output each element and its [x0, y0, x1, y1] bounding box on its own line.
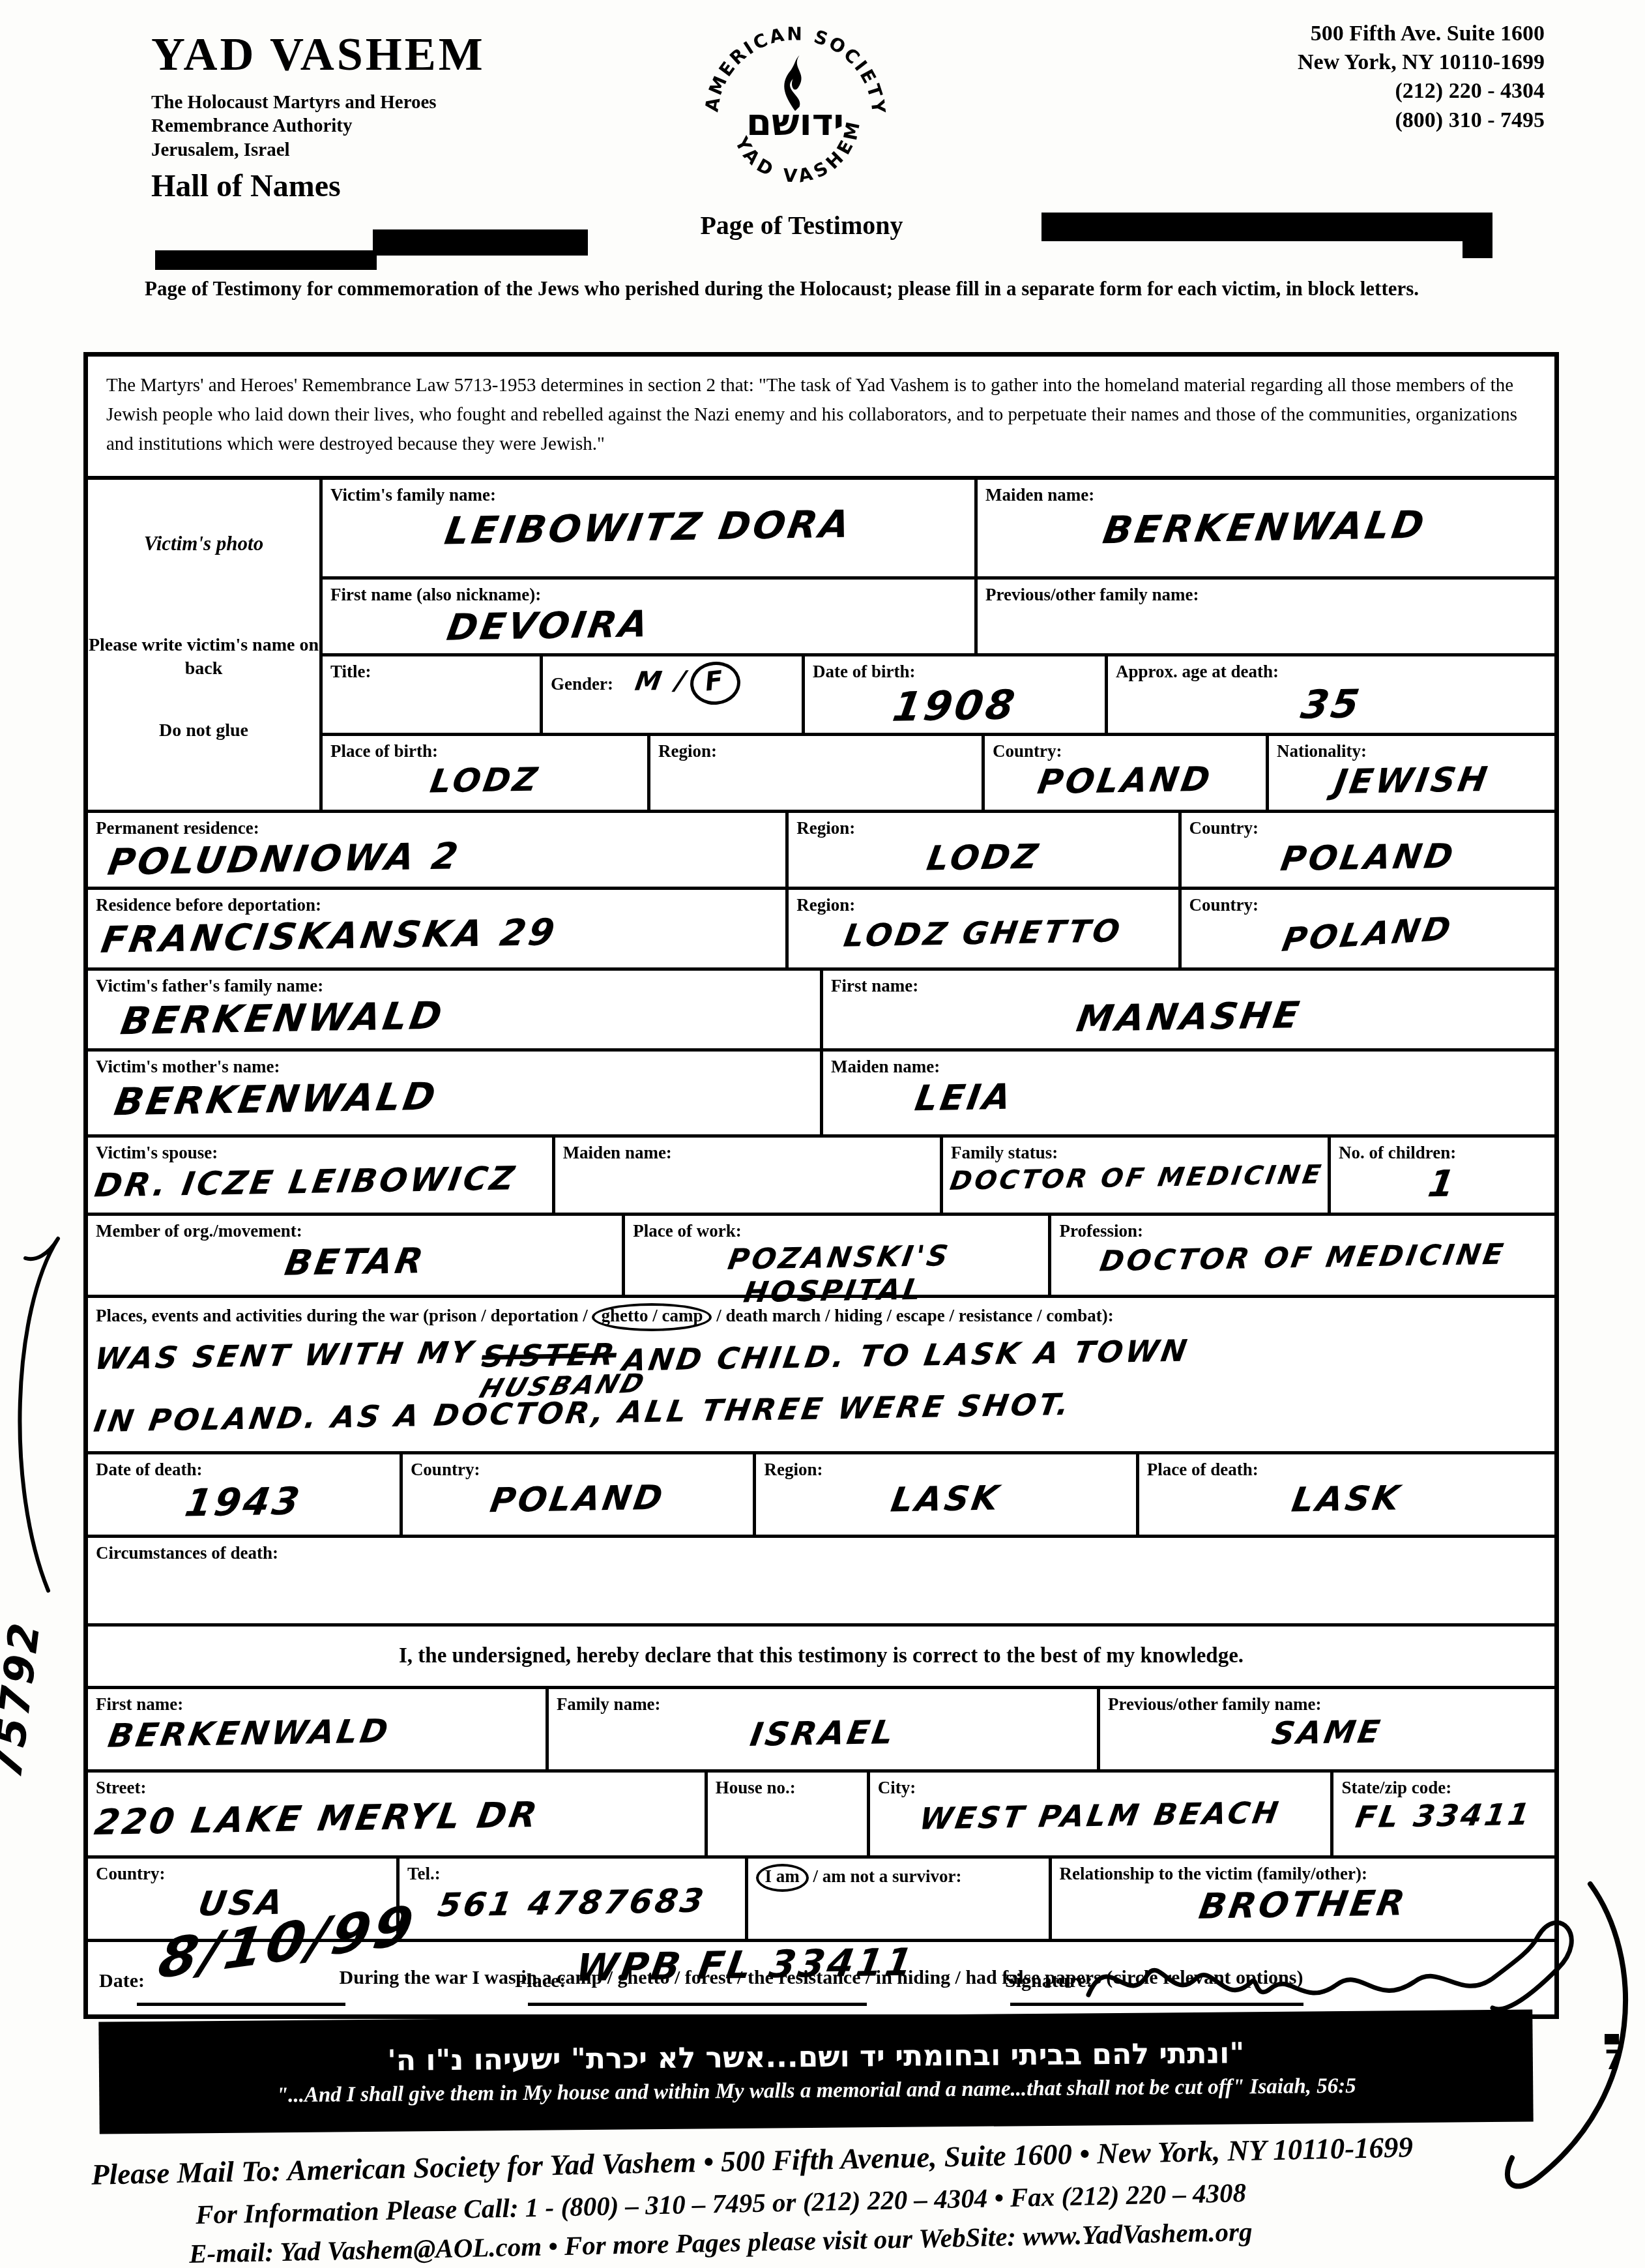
field-place-of-work: Place of work: POZANSKI'S HOSPITAL — [622, 1216, 1048, 1295]
page-marker-square — [1605, 2034, 1619, 2044]
children-count-label: No. of children: — [1339, 1143, 1456, 1162]
age-at-death-label: Approx. age at death: — [1116, 662, 1279, 681]
relationship-label: Relationship to the victim (family/other… — [1060, 1864, 1367, 1883]
page-marker: 7 — [1605, 2034, 1623, 2076]
field-mother-maiden-name: Maiden name: LEIA — [820, 1052, 1554, 1134]
field-victim-maiden-name: Maiden name: BERKENWALD — [974, 480, 1552, 576]
family-status-value: DOCTOR OF MEDICINE — [948, 1160, 1326, 1196]
city-label: City: — [878, 1778, 916, 1797]
remembrance-law-text: The Martyrs' and Heroes' Remembrance Law… — [88, 357, 1554, 480]
war-places-circled-options: ghetto / camp — [592, 1303, 712, 1331]
victim-maiden-name-value: BERKENWALD — [1100, 503, 1430, 553]
title-label: Title: — [330, 662, 371, 681]
mother-maiden-name-label: Maiden name: — [831, 1057, 940, 1076]
address-phone2: (800) 310 - 7495 — [1180, 106, 1545, 135]
permanent-residence-label: Permanent residence: — [96, 818, 259, 838]
dep-country-value: POLAND — [1279, 909, 1456, 959]
date-of-birth-value: 1908 — [890, 681, 1021, 730]
banner-english-quote: "...And I shall give them in My house an… — [99, 2072, 1533, 2109]
place-of-death-label: Place of death: — [1147, 1460, 1259, 1479]
nationality-label: Nationality: — [1277, 741, 1367, 761]
field-war-places-events: Places, events and activities during the… — [88, 1298, 1554, 1451]
field-date-of-death: Date of death: 1943 — [88, 1454, 400, 1535]
state-zip-value: FL 33411 — [1354, 1796, 1535, 1834]
field-date-of-birth: Date of birth: 1908 — [802, 656, 1105, 733]
margin-file-number: 75792 — [0, 1618, 50, 1781]
perm-country-value: POLAND — [1277, 836, 1458, 879]
field-tel: Tel.: 561 4787683 — [396, 1859, 745, 1939]
residence-before-deportation-label: Residence before deportation: — [96, 895, 321, 915]
field-nationality: Nationality: JEWISH — [1266, 736, 1554, 810]
date-underline — [137, 2003, 345, 2006]
age-at-death-value: 35 — [1298, 681, 1365, 728]
submitter-family-name-value: ISRAEL — [748, 1713, 899, 1754]
father-family-name-label: Victim's father's family name: — [96, 976, 323, 995]
place-of-birth-label: Place of birth: — [330, 741, 438, 761]
field-permanent-residence: Permanent residence: POLUDNIOWA 2 — [88, 813, 785, 887]
margin-pen-stroke — [0, 1226, 74, 1617]
place-value-text: WPB FL 33411 — [573, 1939, 918, 1990]
mother-name-label: Victim's mother's name: — [96, 1057, 280, 1076]
father-first-name-value: MANASHE — [1073, 994, 1304, 1040]
field-birth-country: Country: POLAND — [982, 736, 1266, 810]
org-name: YAD VASHEM — [151, 27, 555, 81]
place-value: WPB FL 33411 — [577, 1943, 914, 1987]
redaction-bar-left-high — [373, 229, 588, 256]
family-status-label: Family status: — [951, 1143, 1058, 1162]
org-subtitle: The Holocaust Martyrs and Heroes Remembr… — [151, 91, 555, 162]
place-of-death-value: LASK — [1289, 1479, 1405, 1520]
date-of-death-value: 1943 — [182, 1479, 306, 1525]
field-gender: Gender: M / F — [540, 656, 802, 733]
org-movement-value: BETAR — [282, 1240, 428, 1284]
war-narrative-line1-end: AND CHILD. TO LASK A TOWN — [620, 1333, 1191, 1377]
father-family-name-value: BERKENWALD — [118, 994, 448, 1044]
war-places-label-end: / death march / hiding / escape / resist… — [716, 1306, 1113, 1325]
address-line2: New York, NY 10110-1699 — [1180, 48, 1545, 77]
date-value: 8/10/99 — [163, 1910, 412, 1974]
victim-first-name-value: DEVOIRA — [444, 603, 653, 649]
perm-region-label: Region: — [796, 818, 855, 838]
page-marker-number: 7 — [1605, 2046, 1623, 2076]
field-residence-before-deportation: Residence before deportation: FRANCISKAN… — [88, 890, 785, 967]
american-society-seal-icon: AMERICAN SOCIETY FOR YAD VASHEM ידושם — [688, 14, 903, 210]
spouse-value: DR. ICZE LEIBOWICZ — [92, 1159, 519, 1204]
field-state-zip: State/zip code: FL 33411 — [1330, 1773, 1554, 1855]
house-no-label: House no.: — [716, 1778, 796, 1797]
field-death-region: Region: LASK — [753, 1454, 1135, 1535]
redaction-bar-right — [1041, 213, 1492, 241]
hall-of-names-title: Hall of Names — [151, 168, 555, 204]
field-dep-region: Region: LODZ GHETTO — [785, 890, 1178, 967]
street-value: 220 LAKE MERYL DR — [92, 1794, 542, 1843]
dep-region-label: Region: — [796, 895, 855, 915]
field-dep-country: Country: POLAND — [1178, 890, 1554, 967]
submitter-previous-name-value: SAME — [1270, 1713, 1386, 1752]
victim-photo-box: Victim's photo Please write victim's nam… — [88, 480, 323, 810]
redaction-bar-left-low — [155, 250, 377, 270]
place-of-work-label: Place of work: — [633, 1221, 741, 1241]
submitter-first-name-label: First name: — [96, 1694, 183, 1714]
war-narrative-struck-word: SISTER HUSBAND — [479, 1336, 619, 1374]
tel-label: Tel.: — [407, 1864, 441, 1883]
victim-first-name-label: First name (also nickname): — [330, 585, 541, 604]
signature-underline — [1010, 2003, 1303, 2006]
form-title: Page of Testimony — [678, 210, 925, 241]
field-city: City: WEST PALM BEACH — [867, 1773, 1331, 1855]
spouse-label: Victim's spouse: — [96, 1143, 218, 1162]
date-of-birth-label: Date of birth: — [813, 662, 915, 681]
war-narrative-line1-start: WAS SENT WITH MY — [93, 1334, 478, 1376]
field-survivor-statement: I am / am not a survivor: — [745, 1859, 1049, 1939]
place-label: Place: — [515, 1970, 566, 1992]
field-perm-region: Region: LODZ — [785, 813, 1178, 887]
org-movement-label: Member of org./movement: — [96, 1221, 302, 1241]
field-org-movement: Member of org./movement: BETAR — [88, 1216, 622, 1295]
field-title: Title: — [323, 656, 540, 733]
submitter-country-label: Country: — [96, 1864, 166, 1883]
field-age-at-death: Approx. age at death: 35 — [1105, 656, 1554, 733]
field-street: Street: 220 LAKE MERYL DR — [88, 1773, 705, 1855]
photo-box-instruction: Please write victim's name on back — [88, 634, 319, 681]
field-victim-first-name: First name (also nickname): DEVOIRA — [323, 580, 974, 653]
org-address-block: 500 Fifth Ave. Suite 1600 New York, NY 1… — [1180, 20, 1545, 135]
dep-country-label: Country: — [1189, 895, 1259, 915]
intro-instructions: Page of Testimony for commemoration of t… — [145, 274, 1494, 304]
field-place-of-birth: Place of birth: LODZ — [323, 736, 647, 810]
mother-name-value: BERKENWALD — [111, 1074, 441, 1125]
place-of-birth-value: LODZ — [428, 760, 542, 800]
birth-country-label: Country: — [993, 741, 1062, 761]
field-submitter-family-name: Family name: ISRAEL — [546, 1689, 1097, 1769]
mother-maiden-name-value: LEIA — [912, 1076, 1017, 1119]
field-birth-region: Region: — [647, 736, 982, 810]
profession-label: Profession: — [1059, 1221, 1143, 1241]
field-place-of-death: Place of death: LASK — [1136, 1454, 1554, 1535]
address-line1: 500 Fifth Ave. Suite 1600 — [1180, 20, 1545, 48]
submitter-previous-name-label: Previous/other family name: — [1108, 1694, 1321, 1714]
war-places-label-start: Places, events and activities during the… — [96, 1306, 588, 1325]
gender-label: Gender: — [551, 674, 613, 694]
submitter-family-name-label: Family name: — [557, 1694, 661, 1714]
photo-box-no-glue: Do not glue — [88, 720, 319, 741]
field-submitter-previous-name: Previous/other family name: SAME — [1097, 1689, 1554, 1769]
field-victim-previous-name: Previous/other family name: — [974, 580, 1552, 653]
field-father-family-name: Victim's father's family name: BERKENWAL… — [88, 971, 820, 1048]
residence-before-deportation-value: FRANCISKANSKA 29 — [98, 911, 560, 962]
field-children-count: No. of children: 1 — [1328, 1138, 1554, 1213]
seal-center-hebrew: ידושם — [746, 102, 844, 144]
date-of-death-label: Date of death: — [96, 1460, 202, 1479]
survivor-circled-option: I am — [756, 1864, 809, 1892]
city-value: WEST PALM BEACH — [917, 1795, 1283, 1836]
victim-maiden-name-label: Maiden name: — [985, 485, 1094, 505]
testimony-form-table: The Martyrs' and Heroes' Remembrance Law… — [83, 352, 1559, 2019]
nationality-value: JEWISH — [1332, 760, 1492, 802]
field-father-first-name: First name: MANASHE — [820, 971, 1554, 1048]
death-region-label: Region: — [764, 1460, 822, 1479]
tel-value: 561 4787683 — [435, 1881, 709, 1924]
survivor-statement-rest: / am not a survivor: — [813, 1866, 962, 1886]
gender-option-f-circled: F — [688, 659, 743, 707]
page-of-testimony-scan: YAD VASHEM The Holocaust Martyrs and Her… — [0, 0, 1645, 2268]
org-location: Jerusalem, Israel — [151, 138, 555, 162]
dep-region-value: LODZ GHETTO — [841, 913, 1125, 954]
children-count-value: 1 — [1425, 1162, 1460, 1205]
gender-option-m: M / — [633, 666, 690, 696]
org-subtitle-line1: The Holocaust Martyrs and Heroes — [151, 91, 555, 114]
field-house-no: House no.: — [705, 1773, 867, 1855]
victim-family-name-value: LEIBOWITZ DORA — [442, 501, 856, 553]
state-zip-label: State/zip code: — [1341, 1778, 1451, 1797]
profession-value: DOCTOR OF MEDICINE — [1098, 1237, 1508, 1278]
permanent-residence-value: POLUDNIOWA 2 — [105, 835, 463, 883]
death-country-label: Country: — [411, 1460, 480, 1479]
death-country-value: POLAND — [488, 1478, 668, 1520]
date-label: Date: — [99, 1970, 145, 1992]
org-brand-block: YAD VASHEM The Holocaust Martyrs and Her… — [151, 27, 555, 204]
photo-box-title: Victim's photo — [88, 532, 319, 555]
address-phone1: (212) 220 - 4304 — [1180, 77, 1545, 106]
place-underline — [528, 2003, 867, 2006]
birth-region-label: Region: — [658, 741, 717, 761]
field-victim-family-name: Victim's family name: LEIBOWITZ DORA — [323, 480, 974, 576]
field-circumstances-of-death: Circumstances of death: — [88, 1538, 1554, 1623]
circumstances-label: Circumstances of death: — [96, 1543, 278, 1563]
victim-family-name-label: Victim's family name: — [330, 485, 496, 505]
field-perm-country: Country: POLAND — [1178, 813, 1554, 887]
victim-previous-name-label: Previous/other family name: — [985, 585, 1199, 604]
memorial-quote-banner: "ונתתי להם בביתי ובחומתי יד ושם...אשר לא… — [98, 2009, 1533, 2134]
field-submitter-first-name: First name: BERKENWALD — [88, 1689, 546, 1769]
field-profession: Profession: DOCTOR OF MEDICINE — [1048, 1216, 1554, 1295]
redaction-bar-right-notch — [1463, 240, 1492, 258]
banner-hebrew-quote: "ונתתי להם בביתי ובחומתי יד ושם...אשר לא… — [99, 2034, 1533, 2080]
submitter-first-name-value: BERKENWALD — [106, 1712, 393, 1755]
street-label: Street: — [96, 1778, 146, 1797]
field-spouse-maiden-name: Maiden name: — [552, 1138, 940, 1213]
victim-identity-section: Victim's photo Please write victim's nam… — [88, 480, 1554, 810]
perm-region-value: LODZ — [924, 837, 1043, 878]
father-first-name-label: First name: — [831, 976, 918, 995]
field-death-country: Country: POLAND — [400, 1454, 753, 1535]
declaration-statement: I, the undersigned, hereby declare that … — [88, 1644, 1554, 1668]
field-family-status: Family status: DOCTOR OF MEDICINE — [940, 1138, 1328, 1213]
death-region-value: LASK — [888, 1479, 1004, 1520]
org-subtitle-line2: Remembrance Authority — [151, 114, 555, 138]
war-struck-word-text: SISTER — [479, 1336, 619, 1374]
perm-country-label: Country: — [1189, 818, 1259, 838]
spouse-maiden-name-label: Maiden name: — [563, 1143, 672, 1162]
field-spouse: Victim's spouse: DR. ICZE LEIBOWICZ — [88, 1138, 552, 1213]
birth-country-value: POLAND — [1035, 759, 1216, 802]
field-mother-name: Victim's mother's name: BERKENWALD — [88, 1052, 820, 1134]
